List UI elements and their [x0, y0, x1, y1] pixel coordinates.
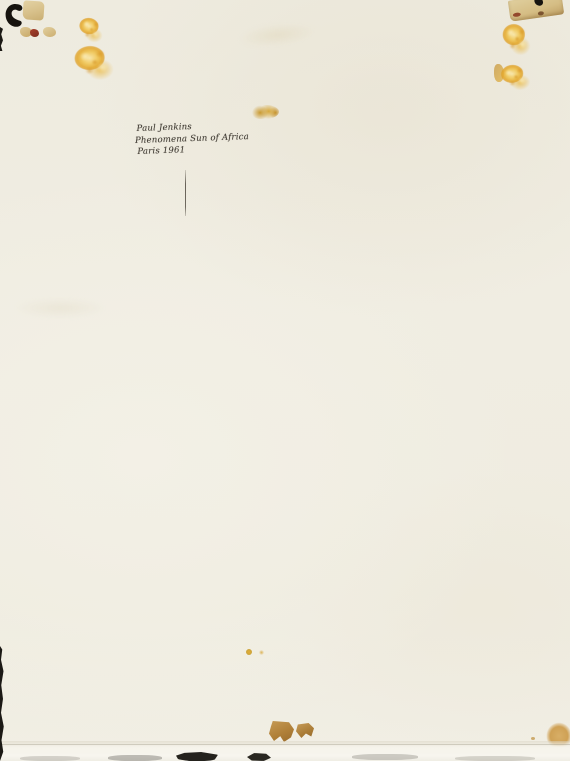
deckle-edge-shadow	[0, 744, 570, 745]
tan-speck	[531, 737, 535, 740]
glue-stain-top-right-upper	[497, 19, 536, 60]
tape-fleck	[43, 27, 56, 37]
red-fleck	[513, 12, 521, 17]
vertical-pencil-line	[185, 170, 186, 216]
black-mark-on-tape	[533, 0, 543, 6]
brown-fleck	[538, 11, 544, 16]
inscription-place-date: Paris 1961	[137, 143, 249, 158]
glue-stain-top-left-lower	[68, 39, 121, 86]
faint-smudge-top	[224, 15, 332, 56]
tape-remnant-top-right	[508, 0, 564, 22]
red-fleck	[30, 29, 39, 37]
dark-left-edge-top	[0, 27, 3, 51]
faint-smudge-left	[0, 295, 120, 321]
gray-edge-smudge	[108, 755, 162, 761]
paper-sheet: Paul Jenkins Phenomena Sun of Africa Par…	[0, 0, 570, 761]
brown-stain-bottom-left	[269, 721, 294, 742]
yellow-dot-stain	[246, 649, 252, 655]
artist-inscription: Paul Jenkins Phenomena Sun of Africa Par…	[136, 120, 249, 158]
yellow-dot-stain	[259, 650, 264, 655]
ochre-stain-top-center	[252, 105, 279, 119]
brown-stain-bottom-right	[296, 723, 314, 738]
gray-edge-smudge	[352, 754, 418, 760]
gray-edge-smudge	[455, 756, 535, 761]
tape-remnant-top-left	[22, 0, 44, 20]
artwork-verso-photo: Paul Jenkins Phenomena Sun of Africa Par…	[0, 0, 570, 761]
gray-edge-smudge	[20, 756, 80, 761]
